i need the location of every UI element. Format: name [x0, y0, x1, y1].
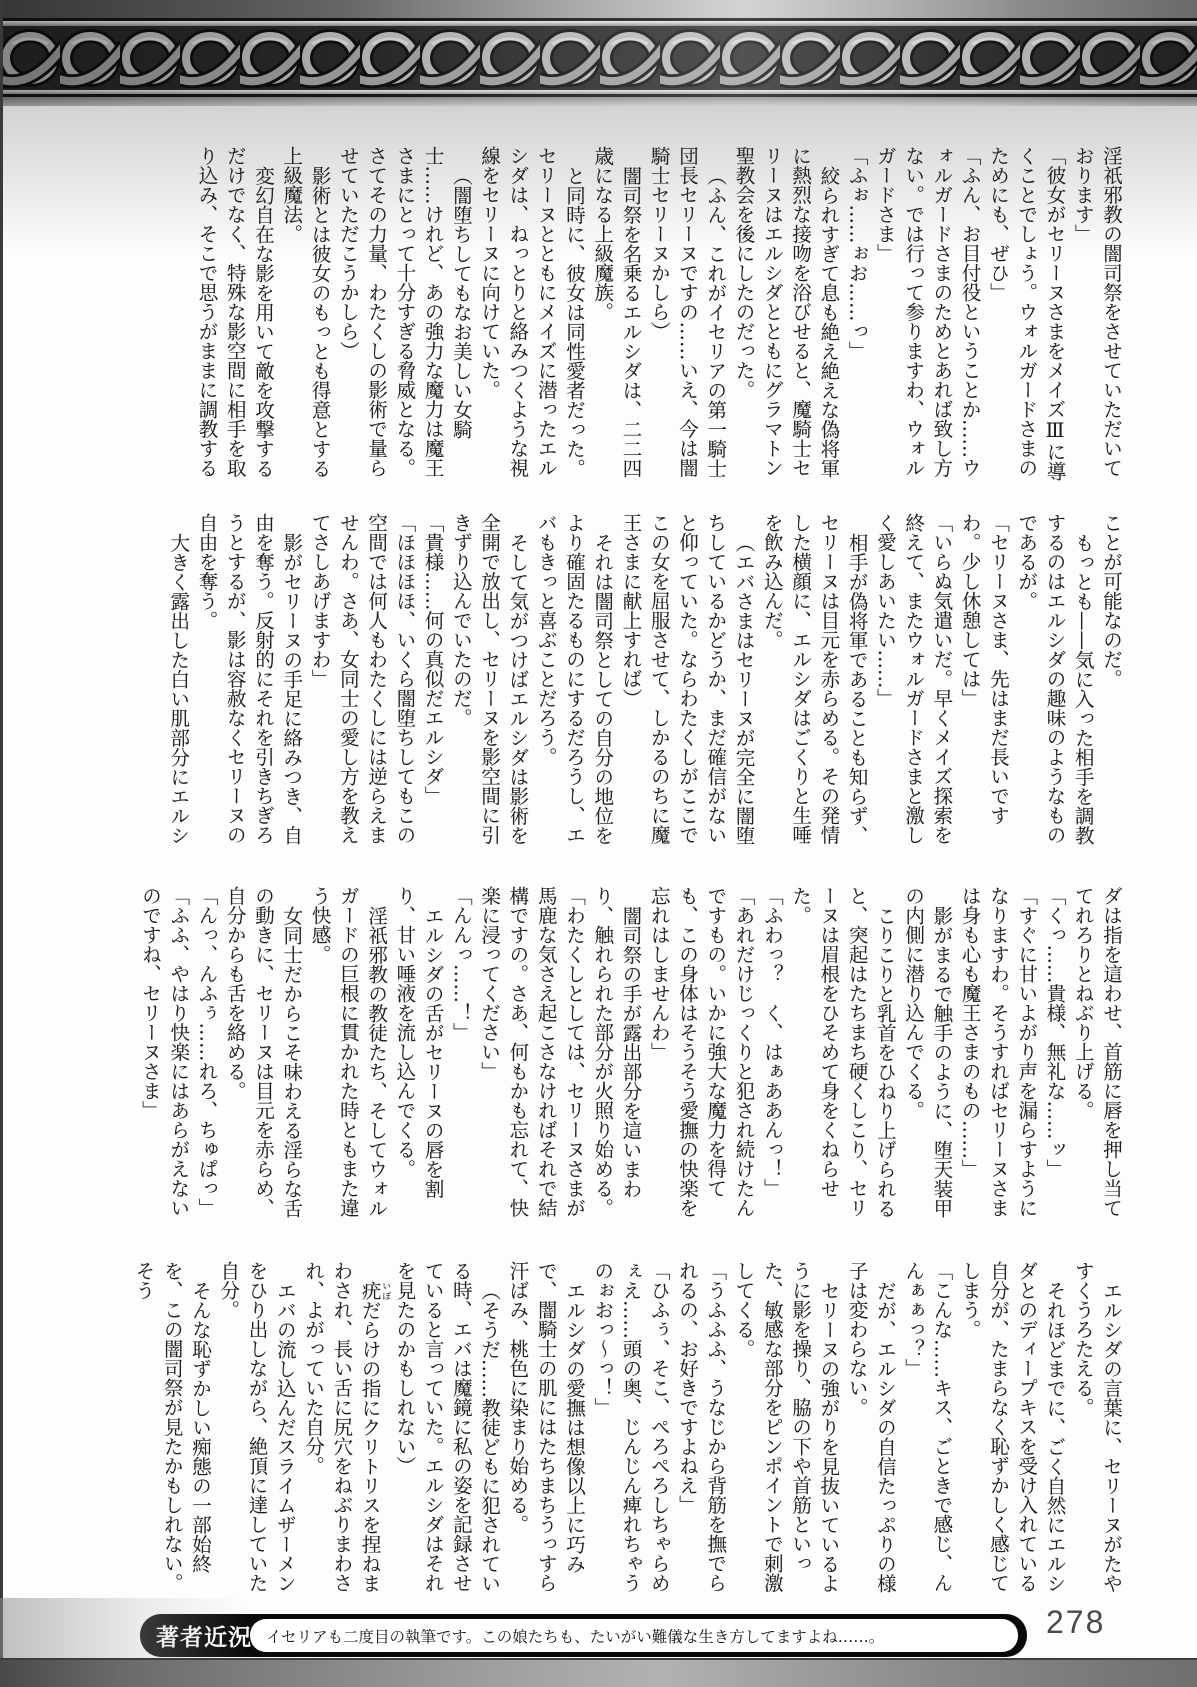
- paragraph: 「こんな……キス、ごときで感じ、んんぁぁっ？」: [899, 1261, 956, 1599]
- paragraph: 女同士だからこそ味わえる淫らな舌の動きに、セリーヌは目元を赤らめ、自分からも舌を…: [221, 886, 306, 1224]
- border-top-strip: [0, 0, 1197, 18]
- paragraph: 「ひふぅ、そこ、ぺろぺろしちゃらめぇえ……頭の奥、じんじん痺れちゃうのぉおっ〜っ…: [588, 1261, 673, 1599]
- paragraph: と同時に、彼女は同性愛者だった。セリーヌとともにメイズに潜ったエルシダは、ねっと…: [475, 146, 588, 484]
- paragraph: エルシダの愛撫は想像以上に巧みで、闇騎士の肌にはたちまちうっすら汗ばみ、桃色に染…: [503, 1261, 588, 1599]
- paragraph: 「んっ、んふぅ……れろ、ちゅぱっ」: [192, 886, 220, 1224]
- paragraph: 「いらぬ気遣いだ。早くメイズ探索を終えて、またウォルガードさまと激しく愛しあいた…: [871, 513, 956, 851]
- paragraph: 大きく露出した白い肌部分にエルシ: [164, 513, 192, 851]
- paragraph: 影がセリーヌの手足に絡みつき、自由を奪う。反射的にそれを引きちぎろうとするが、影…: [192, 513, 305, 851]
- paragraph: それほどまでに、ごく自然にエルシダとのディープキスを受け入れている自分が、たまら…: [955, 1261, 1068, 1599]
- paragraph: 「くっ……貴様、無礼な……ッ」: [1040, 886, 1068, 1224]
- paragraph: （闇堕ちしてもなお美しい女騎士……けれど、あの強力な魔力は魔王さまにとって十分す…: [334, 146, 475, 484]
- border-fade: [0, 97, 1197, 106]
- paragraph: エルシダの舌がセリーヌの唇を割り、甘い唾液を流し込んでくる。: [390, 886, 447, 1224]
- paragraph: 「セリーヌさま、先はまだ長いですわ。少し休憩しては」: [955, 513, 1012, 851]
- paragraph: 「ふわっ？ く、はぁああんっ！」: [758, 886, 786, 1224]
- celtic-knot-border: [0, 0, 1197, 106]
- paragraph: 「すぐに甘いよがり声を漏らすようになりますわ。そうすればセリーヌさまは身も心も魔…: [955, 886, 1040, 1224]
- author-note-inset: イセリアも二度目の執筆です。この娘たちも、たいがい難儀な生き方してますよね……。: [250, 1619, 1018, 1652]
- paragraph: 変幻自在な影を用いて敵を攻撃するだけでなく、特殊な影空間に相手を取り込み、そこで…: [192, 146, 277, 484]
- text-band-3: ダは指を這わせ、首筋に唇を押し当ててれろりとねぶり上げる。「くっ……貴様、無礼な…: [150, 886, 1125, 1224]
- paragraph: （そうだ……教徒どもに犯されている時、エバは魔鏡に私の姿を記録させていると言って…: [390, 1261, 503, 1599]
- paragraph: 相手が偽将軍であることも知らず、セリーヌは目元を赤らめる。その発情した横顔に、エ…: [758, 513, 871, 851]
- paragraph: もっとも——気に入った相手を調教するのはエルシダの趣味のようなものであるが。: [1012, 513, 1097, 851]
- paragraph: 影がまるで触手のように、堕天装甲の内側に潜り込んでくる。: [899, 886, 956, 1224]
- paragraph: それは闇司祭としての自分の地位をより確固たるものにするだろうし、エバもきっと喜ぶ…: [531, 513, 616, 851]
- author-note-bar: 著者近況 イセリアも二度目の執筆です。この娘たちも、たいがい難儀な生き方してます…: [140, 1614, 1027, 1657]
- author-note-text: イセリアも二度目の執筆です。この娘たちも、たいがい難儀な生き方してますよね……。: [266, 1625, 884, 1647]
- text-band-1: 淫祇邪教の闇司祭をさせていただいております」「彼女がセリーヌさまをメイズⅢに導く…: [150, 146, 1125, 484]
- paragraph: こりこりと乳首をひねり上げられると、突起はたちまち硬くしこり、セリーヌは眉根をひ…: [786, 886, 899, 1224]
- paragraph: 「んんっ……！」: [447, 886, 475, 1224]
- paragraph: エルシダの言葉に、セリーヌがたやすくうろたえる。: [1068, 1261, 1125, 1599]
- paragraph: 影術とは彼女のもっとも得意とする上級魔法。: [277, 146, 334, 484]
- paragraph: 闇司祭の手が露出部分を這いまわり、触れられた部分が火照り始める。: [588, 886, 645, 1224]
- page-number: 278: [1046, 1604, 1105, 1641]
- page-bottom-edge: [0, 1658, 1197, 1687]
- paragraph: （ふん、これがイセリアの第一騎士団長セリーヌですの……いえ、今は闇騎士セリーヌか…: [644, 146, 729, 484]
- page-left-edge-line: [0, 0, 3, 1660]
- paragraph: （エバさまはセリーヌが完全に闇堕ちしているかどうか、まだ確信がないと仰っていた。…: [616, 513, 757, 851]
- paragraph: 「ほほほほ、いくら闇堕ちしてもこの空間では何人もわたくしには逆らえませんわ。さあ…: [305, 513, 418, 851]
- paragraph: 「あれだけじっくりと犯され続けたんですもの。いかに強大な魔力を得ても、この身体は…: [644, 886, 757, 1224]
- paragraph: 淫祇邪教の闇司祭をさせていただいております」: [1068, 146, 1125, 484]
- paragraph: 「ふふ、やはり快楽にはあらがえないのですね、セリーヌさま」: [136, 886, 193, 1224]
- paragraph: エバの流し込んだスライムザーメンをひり出しながら、絶頂に達していた自分。: [214, 1261, 299, 1599]
- knot-pattern-icon: [0, 26, 1197, 90]
- paragraph: セリーヌの強がりを見抜いているように影を操り、脇の下や首筋といった、敏感な部分を…: [729, 1261, 842, 1599]
- paragraph: 「うふふふ、うなじから背筋を撫でられるの、お好きですよねえ」: [673, 1261, 730, 1599]
- paragraph: そんな恥ずかしい痴態の一部始終を、この闇司祭が見たかもしれない。そう: [129, 1261, 214, 1599]
- paragraph: 「わたくしとしては、セリーヌさまが馬鹿な気さえ起こさなければそれで結構ですの。さ…: [475, 886, 588, 1224]
- paragraph: そして気がつけばエルシダは影術を全開で放出し、セリーヌを影空間に引きずり込んでい…: [447, 513, 532, 851]
- paragraph: 疣いぼだらけの指にクリトリスを捏ねまわされ、長い舌に尻穴をねぶりまわされ、よがっ…: [299, 1261, 390, 1599]
- text-band-2: ことが可能なのだ。もっとも——気に入った相手を調教するのはエルシダの趣味のような…: [150, 513, 1125, 851]
- text-band-4: エルシダの言葉に、セリーヌがたやすくうろたえる。それほどまでに、ごく自然にエルシ…: [150, 1261, 1125, 1599]
- paragraph: ことが可能なのだ。: [1097, 513, 1125, 851]
- paragraph: 「貴様……何の真似だエルシダ」: [418, 513, 446, 851]
- bottom-left-page-shadow: [0, 1598, 250, 1658]
- paragraph: だが、エルシダの自信たっぷりの様子は変わらない。: [842, 1261, 899, 1599]
- scanned-page: 淫祇邪教の闇司祭をさせていただいております」「彼女がセリーヌさまをメイズⅢに導く…: [0, 0, 1197, 1687]
- paragraph: ダは指を這わせ、首筋に唇を押し当ててれろりとねぶり上げる。: [1068, 886, 1125, 1224]
- paragraph: 絞られすぎて息も絶え絶えな偽将軍に熱烈な接吻を浴びせると、魔騎士セリーヌはエルシ…: [729, 146, 842, 484]
- paragraph: 淫祇邪教の教徒たち、そしてウォルガードの巨根に貫かれた時ともまた違う快感。: [305, 886, 390, 1224]
- paragraph: 「ふん、お目付役ということか……ウォルガードさまのためとあれば致し方ない。では行…: [871, 146, 984, 484]
- paragraph: 「ふぉ……ぉお……っ」: [842, 146, 870, 484]
- paragraph: 「彼女がセリーヌさまをメイズⅢに導くことでしょう。ウォルガードさまのためにも、ぜ…: [984, 146, 1069, 484]
- paragraph: 闇司祭を名乗るエルシダは、二二四歳になる上級魔族。: [588, 146, 645, 484]
